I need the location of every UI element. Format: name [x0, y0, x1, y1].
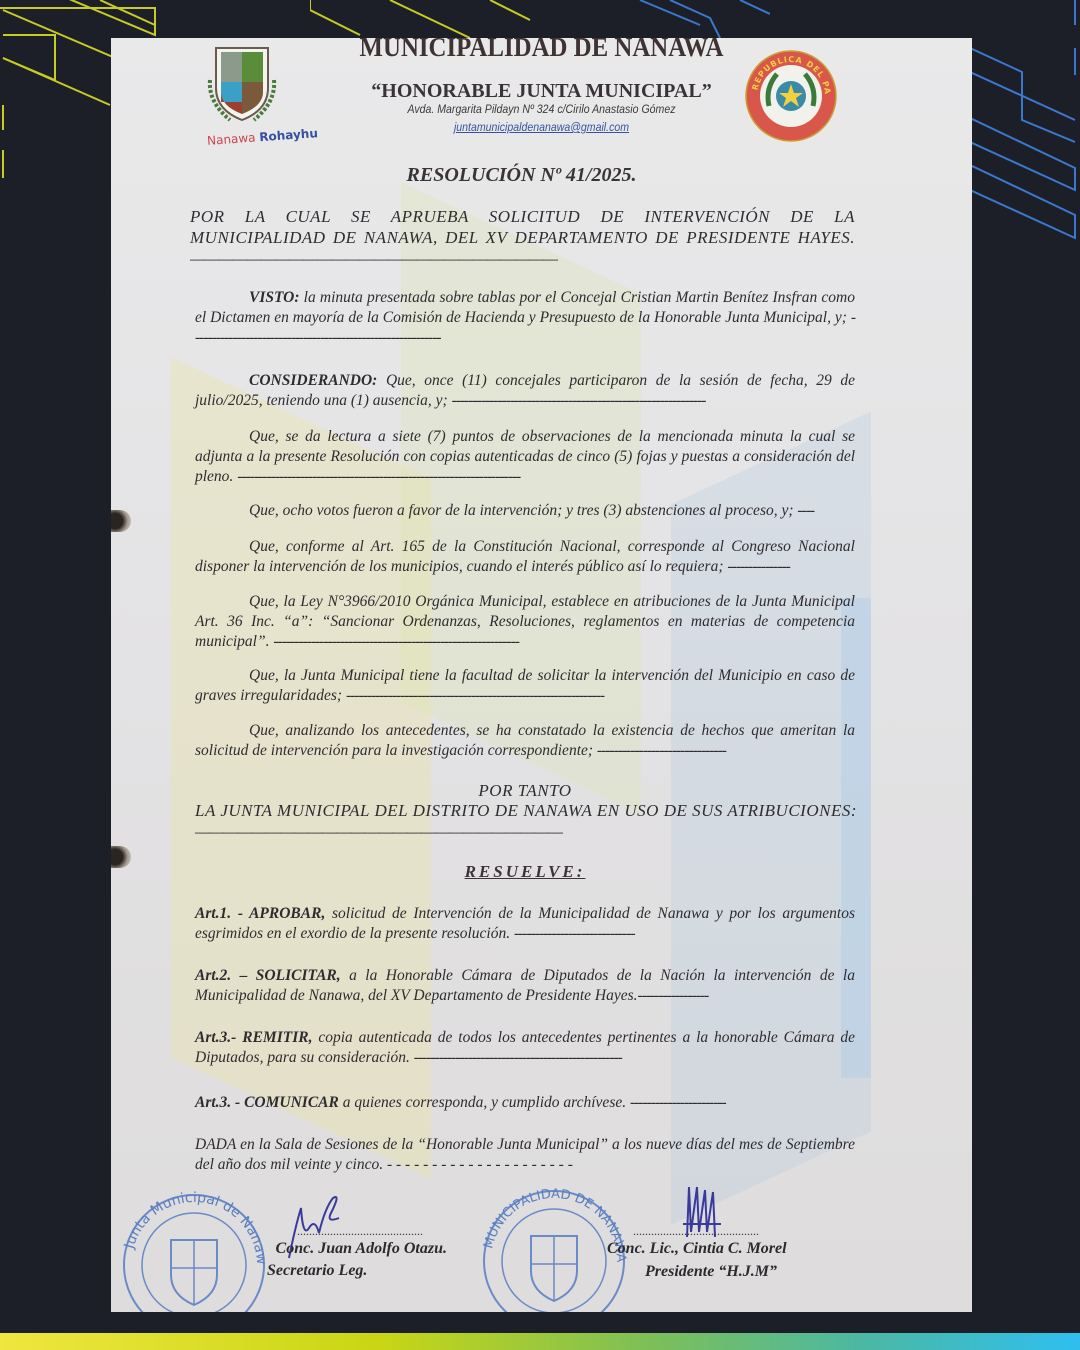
visto-paragraph: VISTO: la minuta presentada sobre tablas…	[195, 288, 855, 348]
president-role: Presidente “H.J.M”	[645, 1263, 777, 1281]
junta-name: “HONORABLE JUNTA MUNICIPAL”	[111, 80, 972, 103]
junta-statement: LA JUNTA MUNICIPAL DEL DISTRITO DE NANAW…	[195, 800, 857, 842]
dada-paragraph: DADA en la Sala de Sesiones de la “Honor…	[195, 1135, 855, 1175]
resolution-title: RESOLUCIÓN Nº 41/2025.	[111, 164, 932, 187]
article-2: Art.2. – SOLICITAR, a la Honorable Cámar…	[195, 966, 855, 1006]
consideration-item: Que, analizando los antecedentes, se ha …	[195, 721, 855, 761]
por-tanto-heading: POR TANTO	[195, 780, 855, 801]
signature-line: ........................................…	[633, 1224, 759, 1239]
bottom-gradient-bar	[0, 1333, 1080, 1350]
consideration-item: Que, la Junta Municipal tiene la faculta…	[195, 666, 855, 706]
president-name: Conc. Lic., Cintia C. Morel	[607, 1240, 787, 1258]
consideration-item: Que, se da lectura a siete (7) puntos de…	[195, 427, 855, 487]
consideration-item: Que, ocho votos fueron a favor de la int…	[195, 501, 855, 521]
article-1: Art.1. - APROBAR, solicitud de Intervenc…	[195, 904, 855, 944]
consideration-item: Que, conforme al Art. 165 de la Constitu…	[195, 537, 855, 577]
article-3: Art.3.- REMITIR, copia autenticada de to…	[195, 1028, 855, 1068]
consideration-item: Que, la Ley N°3966/2010 Orgánica Municip…	[195, 592, 855, 652]
binder-hole	[111, 846, 131, 868]
background-decoration-right	[970, 0, 1080, 240]
signature-line: ........................................…	[297, 1224, 423, 1239]
resolution-subject: POR LA CUAL SE APRUEBA SOLICITUD DE INTE…	[190, 206, 855, 269]
resolution-document: Nanawa Rohayhu MUNICIPALIDAD DE NANAWA “…	[111, 38, 972, 1312]
resuelve-heading: RESUELVE:	[195, 862, 855, 882]
considerando-paragraph: CONSIDERANDO: Que, once (11) concejales …	[195, 371, 855, 411]
binder-hole	[111, 510, 131, 532]
secretary-role: Secretario Leg.	[267, 1262, 367, 1280]
secretary-name: Conc. Juan Adolfo Otazu.	[227, 1240, 447, 1258]
background-decoration-top	[310, 0, 770, 40]
paraguay-national-seal-icon: REPUBLICA DEL PARAGUAY	[743, 48, 839, 144]
article-4: Art.3. - COMUNICAR a quienes corresponda…	[195, 1093, 855, 1113]
